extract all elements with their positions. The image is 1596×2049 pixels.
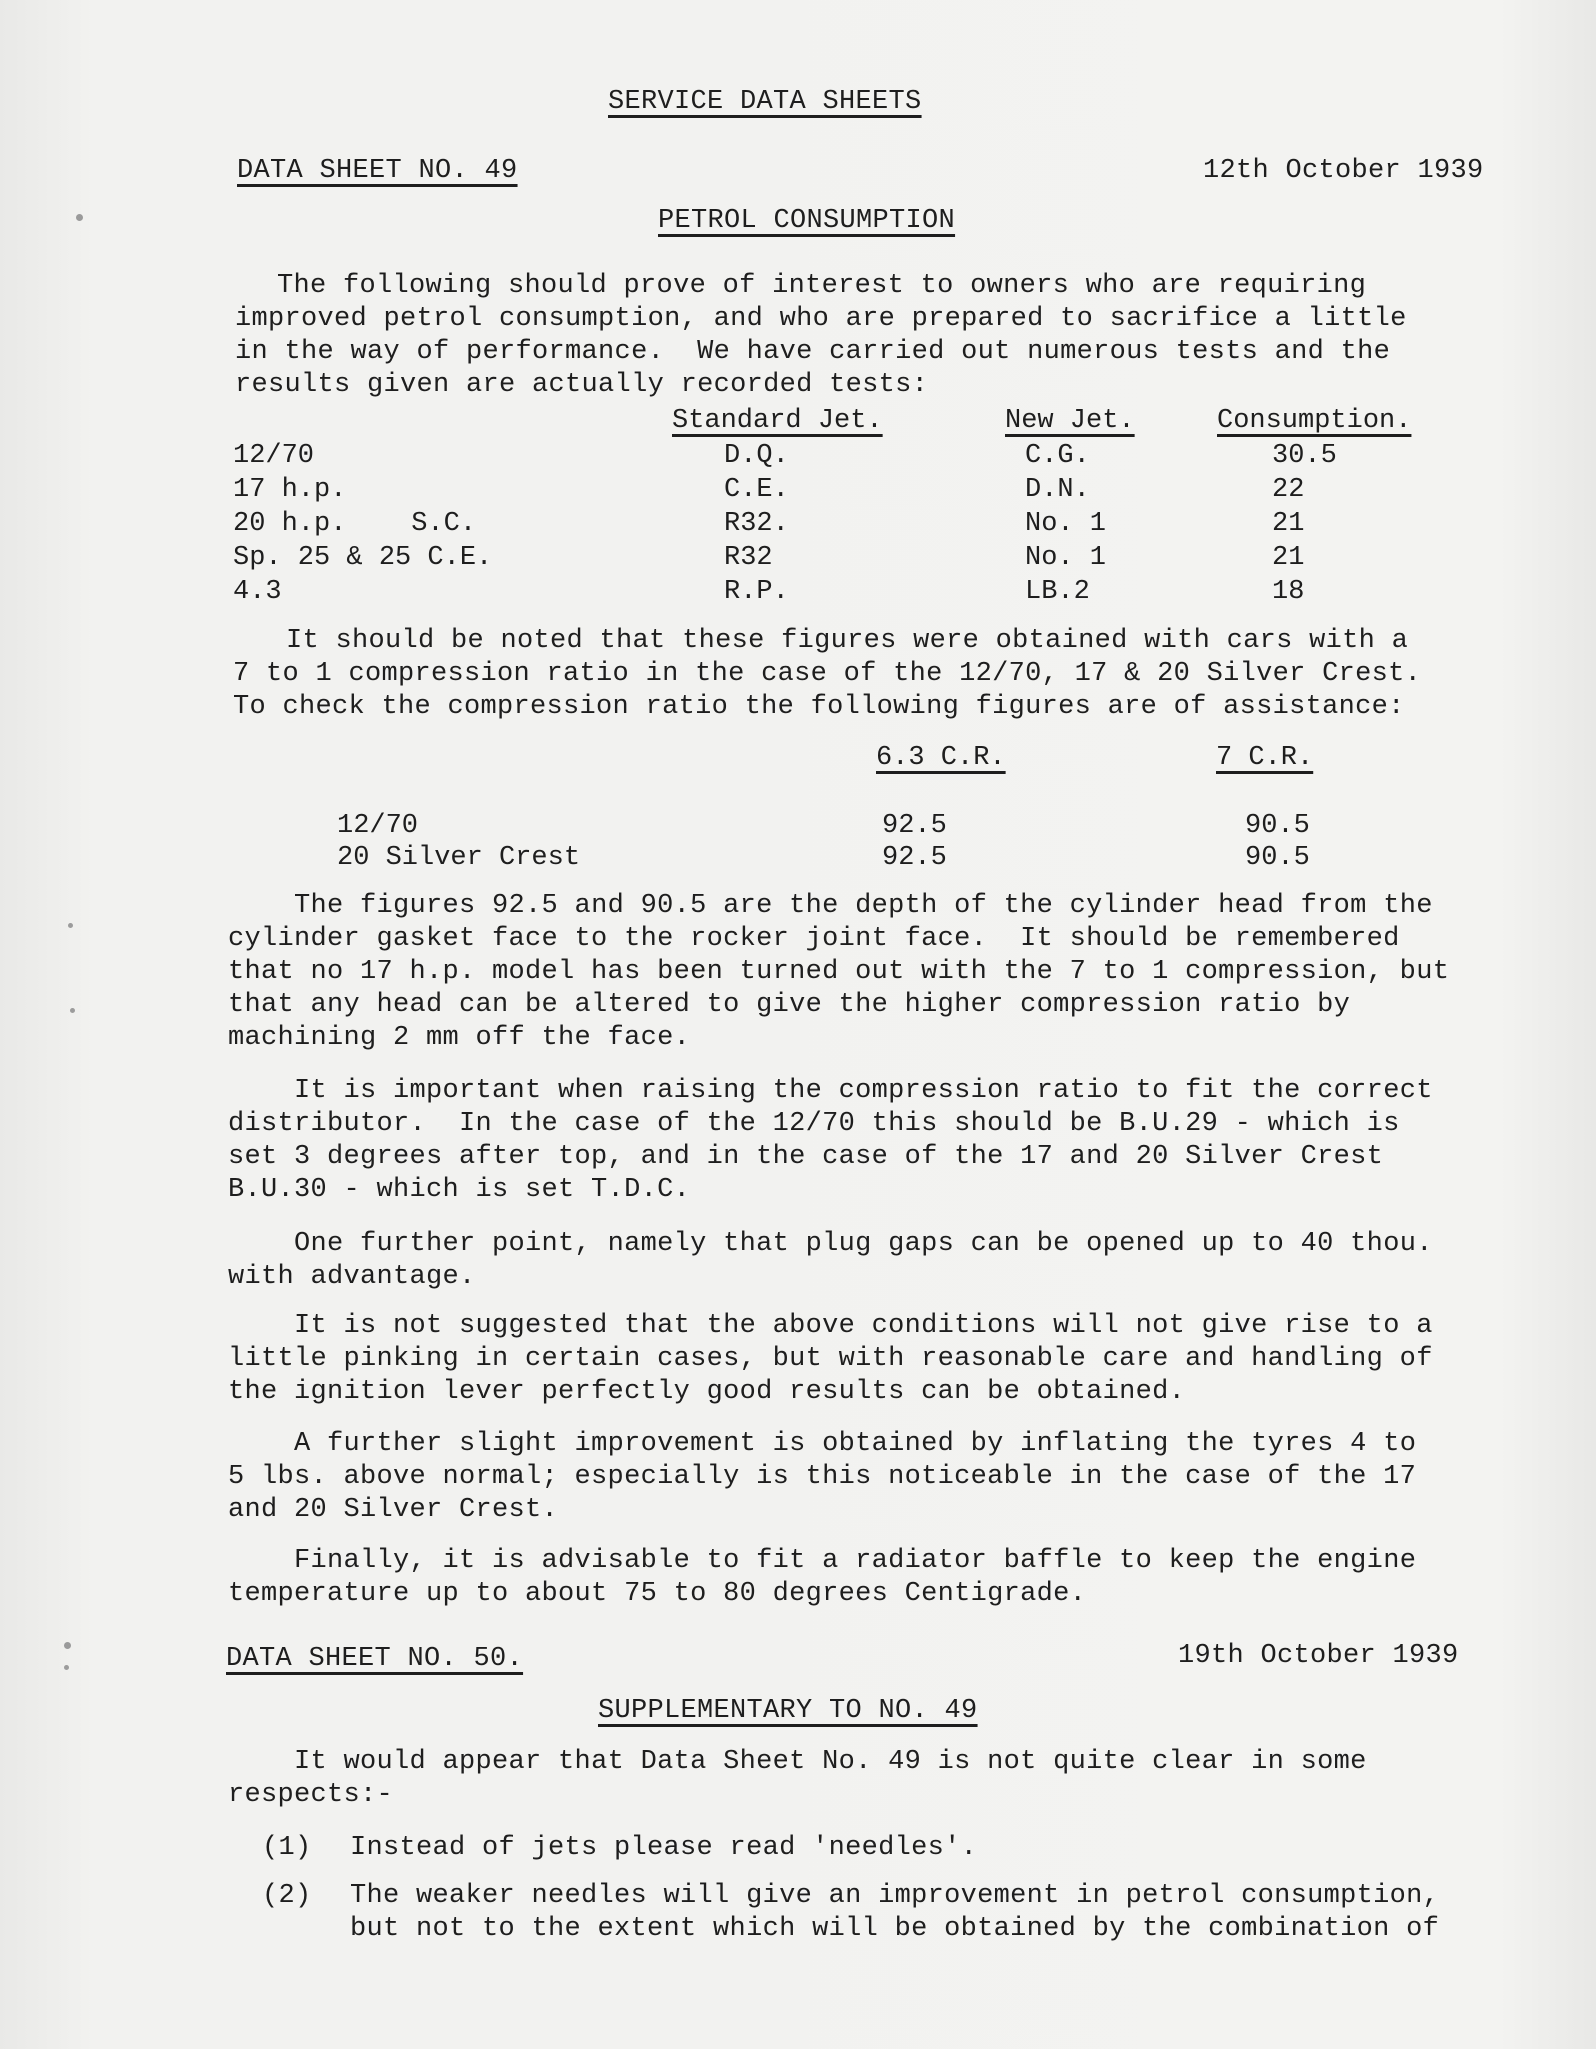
table-header-row: Standard Jet. New Jet. Consumption. — [0, 405, 1596, 438]
cell-7-cr: 90.5 — [1245, 842, 1310, 875]
column-header-consumption: Consumption. — [1217, 405, 1411, 438]
plug-gaps-paragraph: One further point, namely that plug gaps… — [228, 1228, 1528, 1294]
table-row: 12/70 D.Q. C.G. 30.5 — [0, 440, 1596, 473]
cell-standard-jet: D.Q. — [724, 440, 789, 473]
cell-new-jet: No. 1 — [1025, 508, 1106, 541]
cell-model: 4.3 — [233, 576, 282, 609]
list-item: Instead of jets please read 'needles'. — [350, 1832, 977, 1865]
scan-speck — [64, 1665, 69, 1670]
cell-model: 12/70 — [233, 440, 314, 473]
cell-6-3-cr: 92.5 — [882, 810, 947, 843]
compression-note-paragraph: It should be noted that these figures we… — [233, 625, 1533, 724]
sheet-title: PETROL CONSUMPTION — [658, 205, 955, 238]
cell-model: 12/70 — [337, 810, 418, 843]
cell-consumption: 30.5 — [1272, 440, 1337, 473]
sheet-date: 19th October 1939 — [1178, 1640, 1459, 1673]
table-row: Sp. 25 & 25 C.E. R32 No. 1 21 — [0, 542, 1596, 575]
cell-standard-jet: R32. — [724, 508, 789, 541]
cell-standard-jet: C.E. — [724, 474, 789, 507]
cell-model: 17 h.p. — [233, 474, 346, 507]
tyres-paragraph: A further slight improvement is obtained… — [228, 1428, 1528, 1527]
cell-standard-jet: R32 — [724, 542, 773, 575]
table-row: 17 h.p. C.E. D.N. 22 — [0, 474, 1596, 507]
supplementary-intro-paragraph: It would appear that Data Sheet No. 49 i… — [228, 1746, 1528, 1812]
scan-speck — [70, 1008, 75, 1013]
intro-paragraph: The following should prove of interest t… — [235, 270, 1535, 402]
cell-model: 20 Silver Crest — [337, 842, 580, 875]
table-row: 20 h.p. S.C. R32. No. 1 21 — [0, 508, 1596, 541]
cell-new-jet: LB.2 — [1025, 576, 1090, 609]
cell-new-jet: C.G. — [1025, 440, 1090, 473]
column-header-6-3-cr: 6.3 C.R. — [876, 742, 1006, 775]
sheet-title: SUPPLEMENTARY TO NO. 49 — [598, 1695, 978, 1728]
punch-hole-mark — [64, 1642, 71, 1649]
table-row: 12/70 92.5 90.5 — [0, 810, 1596, 843]
list-marker: (2) — [262, 1880, 312, 1913]
column-header-new-jet: New Jet. — [1005, 405, 1135, 438]
table-row: 4.3 R.P. LB.2 18 — [0, 576, 1596, 609]
distributor-paragraph: It is important when raising the compres… — [228, 1075, 1528, 1207]
cell-new-jet: No. 1 — [1025, 542, 1106, 575]
cell-standard-jet: R.P. — [724, 576, 789, 609]
cell-model: Sp. 25 & 25 C.E. — [233, 542, 492, 575]
list-item: The weaker needles will give an improvem… — [350, 1880, 1439, 1946]
cell-consumption: 21 — [1272, 508, 1304, 541]
cell-6-3-cr: 92.5 — [882, 842, 947, 875]
cell-new-jet: D.N. — [1025, 474, 1090, 507]
punch-hole-mark — [76, 214, 83, 221]
sheet-number: DATA SHEET NO. 49 — [237, 155, 518, 188]
scanned-page: SERVICE DATA SHEETS DATA SHEET NO. 49 12… — [0, 0, 1596, 2049]
pinking-paragraph: It is not suggested that the above condi… — [228, 1310, 1528, 1409]
list-marker: (1) — [262, 1832, 312, 1865]
radiator-paragraph: Finally, it is advisable to fit a radiat… — [228, 1545, 1528, 1611]
sheet-number: DATA SHEET NO. 50. — [226, 1643, 523, 1676]
document-heading: SERVICE DATA SHEETS — [608, 86, 922, 119]
table-header-row: 6.3 C.R. 7 C.R. — [0, 742, 1596, 775]
cell-consumption: 18 — [1272, 576, 1304, 609]
cell-model: 20 h.p. S.C. — [233, 508, 476, 541]
table-row: 20 Silver Crest 92.5 90.5 — [0, 842, 1596, 875]
cell-7-cr: 90.5 — [1245, 810, 1310, 843]
column-header-7-cr: 7 C.R. — [1216, 742, 1313, 775]
column-header-standard-jet: Standard Jet. — [672, 405, 883, 438]
scan-speck — [68, 923, 73, 928]
cell-consumption: 21 — [1272, 542, 1304, 575]
cylinder-head-paragraph: The figures 92.5 and 90.5 are the depth … — [228, 890, 1528, 1055]
cell-consumption: 22 — [1272, 474, 1304, 507]
sheet-date: 12th October 1939 — [1203, 155, 1484, 188]
